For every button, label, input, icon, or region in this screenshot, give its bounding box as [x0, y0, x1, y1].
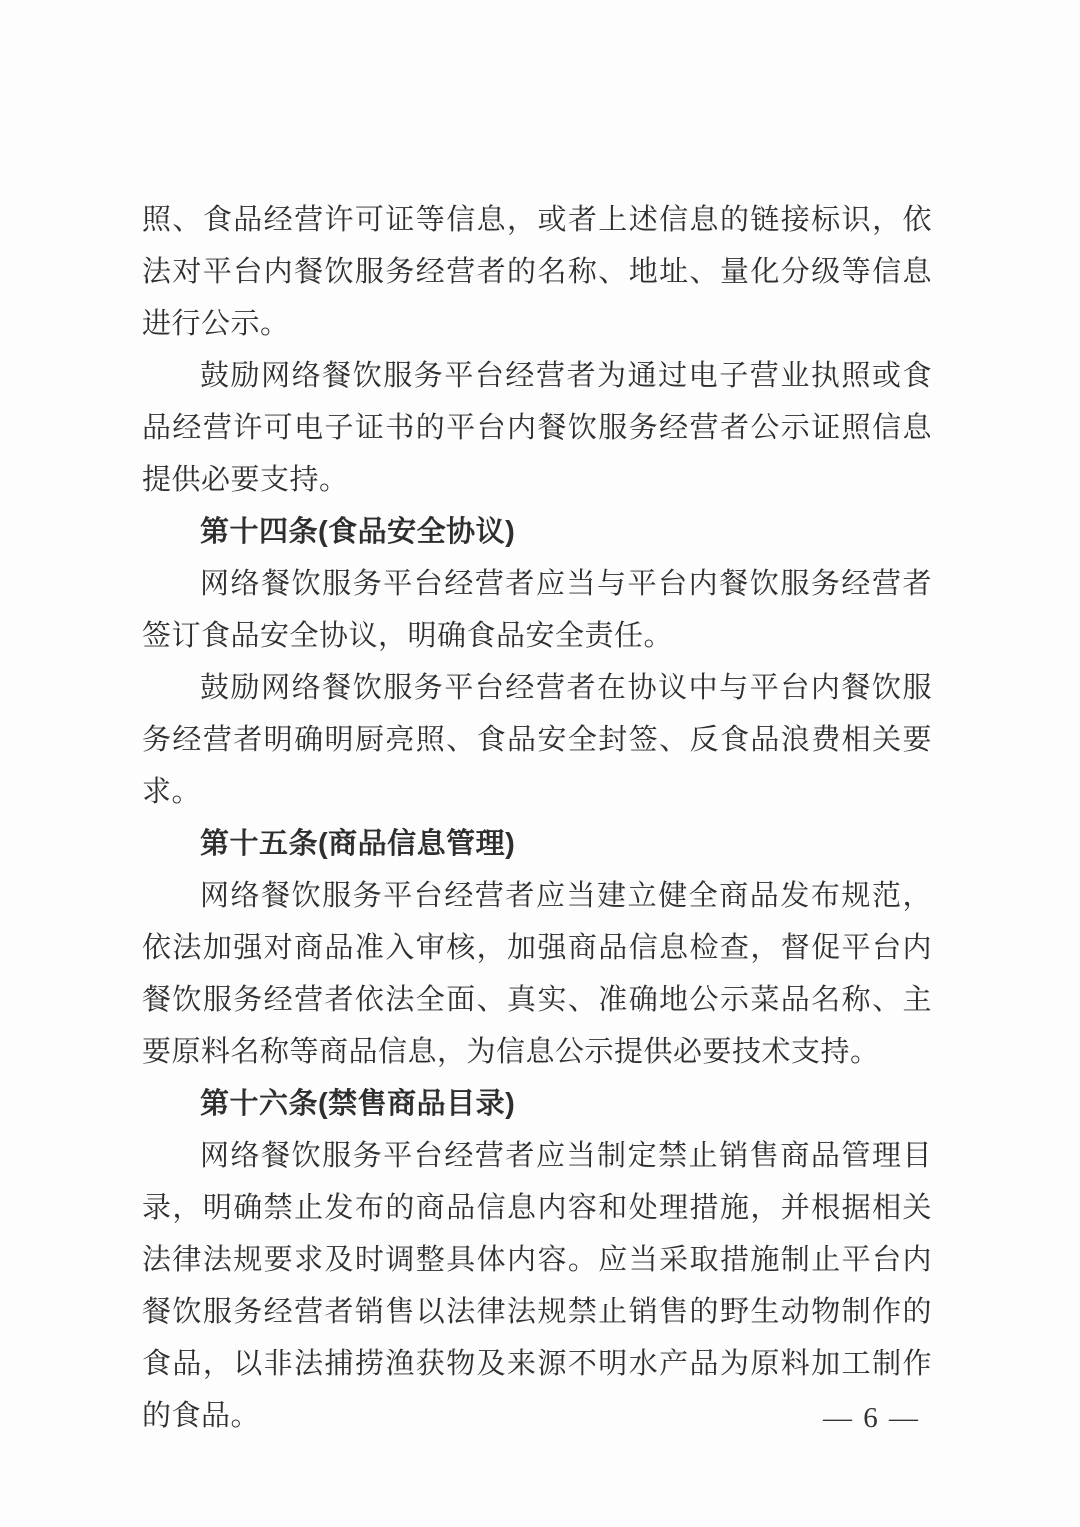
document-page: 照、食品经营许可证等信息，或者上述信息的链接标识，依法对平台内餐饮服务经营者的名…: [0, 0, 1080, 1527]
document-body: 照、食品经营许可证等信息，或者上述信息的链接标识，依法对平台内餐饮服务经营者的名…: [142, 194, 932, 1442]
article-heading: 第十四条(食品安全协议): [142, 506, 932, 558]
body-paragraph: 网络餐饮服务平台经营者应当与平台内餐饮服务经营者签订食品安全协议，明确食品安全责…: [142, 558, 932, 662]
page-footer: — 6 —: [823, 1392, 920, 1444]
body-paragraph: 鼓励网络餐饮服务平台经营者为通过电子营业执照或食品经营许可电子证书的平台内餐饮服…: [142, 350, 932, 506]
body-paragraph: 照、食品经营许可证等信息，或者上述信息的链接标识，依法对平台内餐饮服务经营者的名…: [142, 194, 932, 350]
article-heading: 第十六条(禁售商品目录): [142, 1078, 932, 1130]
page-number: — 6 —: [823, 1402, 920, 1434]
body-paragraph: 网络餐饮服务平台经营者应当建立健全商品发布规范，依法加强对商品准入审核，加强商品…: [142, 870, 932, 1078]
body-paragraph: 网络餐饮服务平台经营者应当制定禁止销售商品管理目录，明确禁止发布的商品信息内容和…: [142, 1130, 932, 1442]
body-paragraph: 鼓励网络餐饮服务平台经营者在协议中与平台内餐饮服务经营者明确明厨亮照、食品安全封…: [142, 662, 932, 818]
article-heading: 第十五条(商品信息管理): [142, 818, 932, 870]
